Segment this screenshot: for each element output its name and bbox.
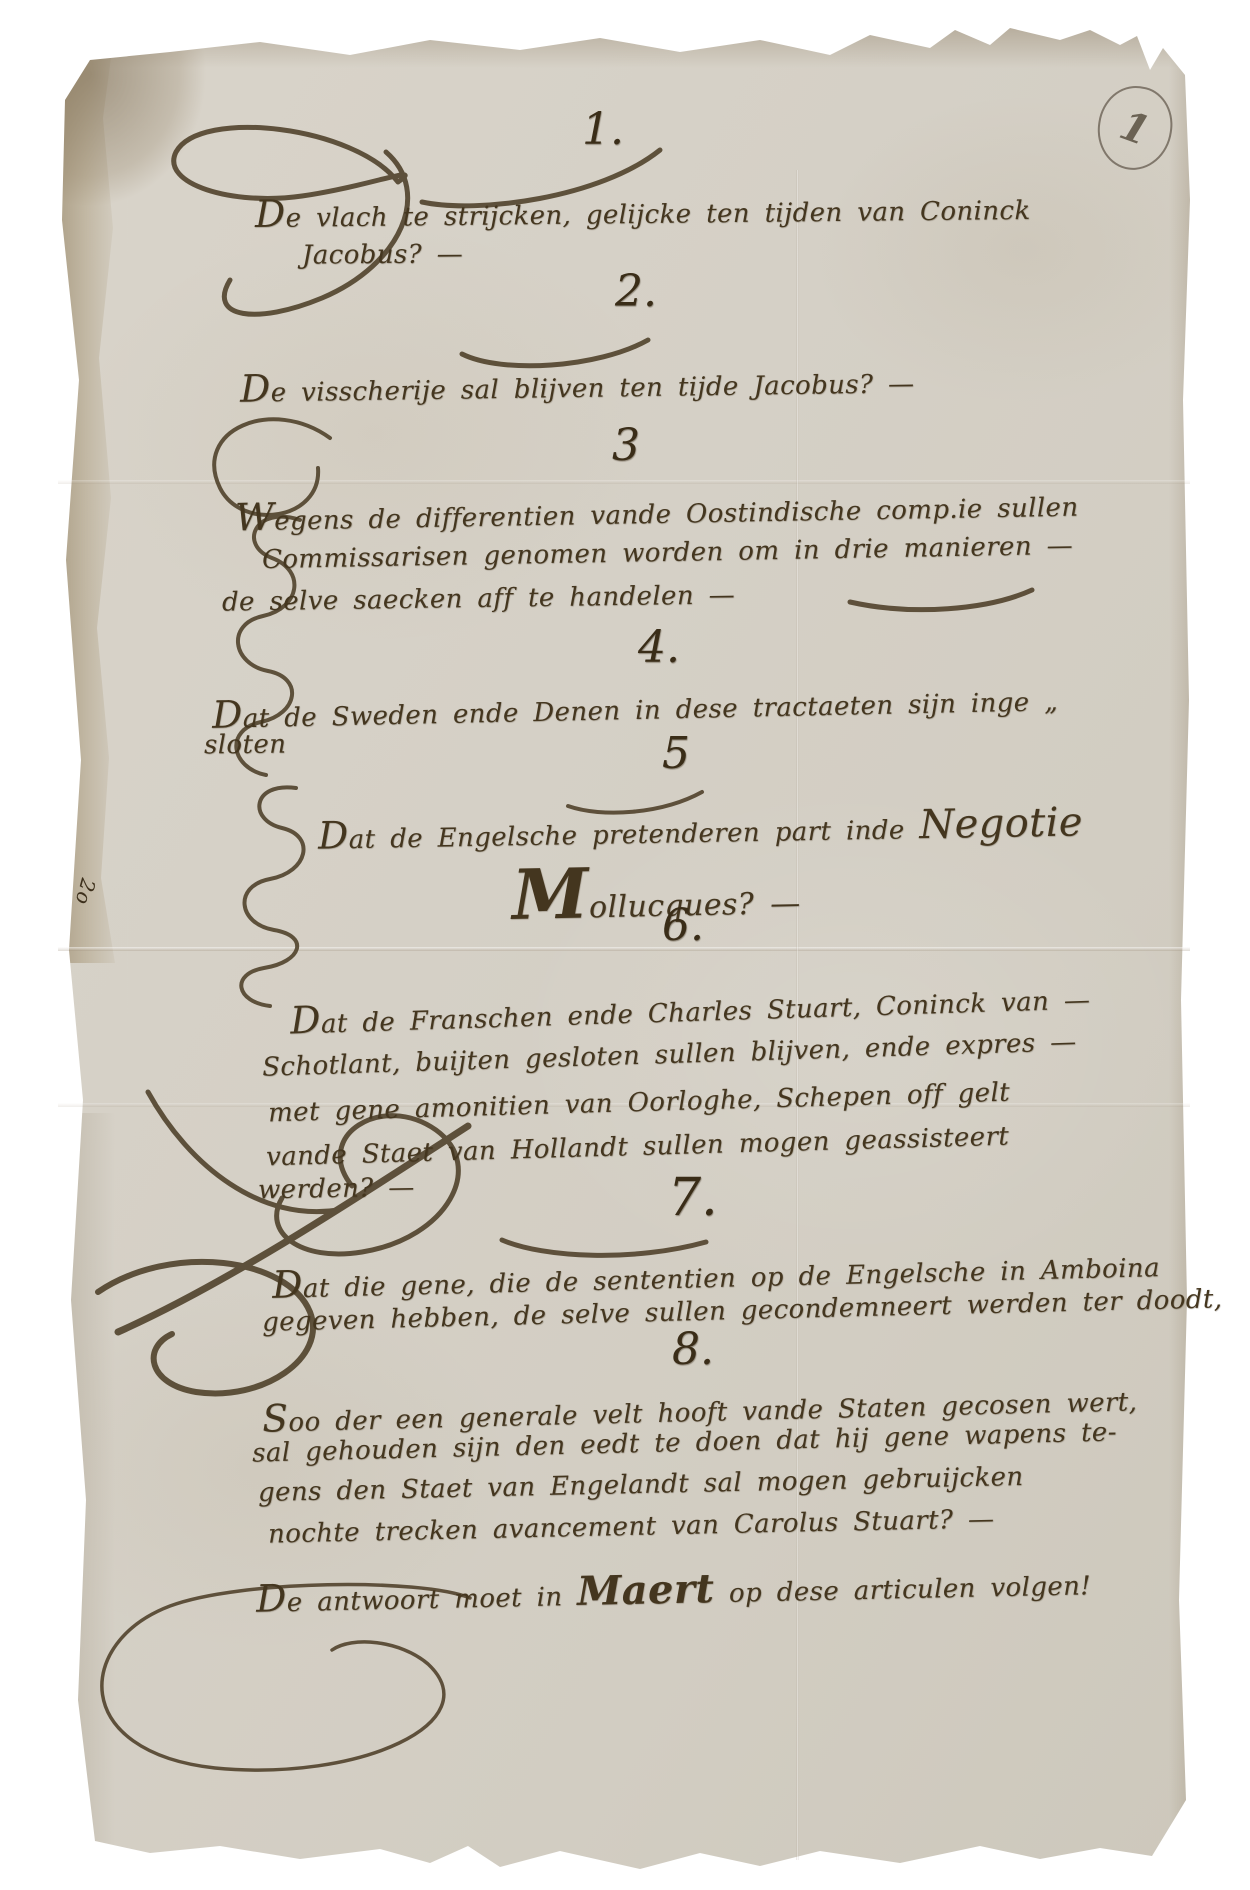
article-8-line-4: nochte trecken avancement van Carolus St… [268, 1504, 995, 1549]
manuscript-text: 1. De vlach te strijcken, gelijcke ten t… [0, 0, 1250, 1890]
manuscript-photo: 1. De vlach te strijcken, gelijcke ten t… [0, 0, 1250, 1890]
article-8-line-3: gens den Staet van Engelandt sal mogen g… [258, 1462, 1024, 1508]
article-5-line-1: Dat de Engelsche pretenderen part inde N… [318, 799, 1084, 858]
article-3-number: 3 [612, 420, 640, 471]
article-6-line-5: werden? — [258, 1173, 415, 1206]
article-5-accent-word: Negotie [919, 799, 1083, 848]
article-3-line-1: Wegens de differentien vande Oostindisch… [235, 481, 1079, 540]
left-edge-margin-mark: 2o [70, 876, 100, 908]
article-1-line-1: De vlach te strijcken, gelijcke ten tijd… [255, 184, 1031, 236]
article-4-number: 4. [638, 622, 680, 673]
closing-line: De antwoort moet in Maert op dese articu… [256, 1557, 1092, 1621]
article-4-line-1: Dat de Sweden ende Denen in dese tractae… [212, 675, 1059, 737]
closing-post: op dese articulen volgen! [729, 1571, 1092, 1609]
closing-pre: De antwoort moet in [256, 1582, 563, 1618]
article-6-line-3: met gene amonitien van Oorloghe, Schepen… [268, 1078, 1011, 1129]
article-2-number: 2. [615, 266, 657, 317]
article-1-line-2: Jacobus? — [302, 239, 463, 270]
article-4-line-2: sloten [204, 730, 287, 761]
article-7-number: 7. [668, 1168, 718, 1228]
closing-accent-word: Maert [577, 1565, 715, 1615]
article-3-line-3: de selve saecken aff te handelen — [222, 580, 735, 617]
page-number-circle: 1 [1093, 81, 1178, 174]
article-6-number: 6. [662, 900, 704, 951]
article-5-line-2: Mollucques? — [511, 849, 801, 936]
article-5-line-1-text: Dat de Engelsche pretenderen part inde [318, 815, 905, 855]
article-3-line-2: Commissarisen genomen worden om in drie … [262, 531, 1073, 575]
article-2-line-1: De visscherije sal blijven ten tijde Jac… [240, 357, 915, 410]
article-8-number: 8. [672, 1324, 714, 1375]
article-6-line-4: vande Staet van Hollandt sullen mogen ge… [266, 1122, 1010, 1173]
page-number: 1 [1114, 101, 1156, 155]
article-5-number: 5 [662, 728, 690, 779]
article-1-number: 1. [582, 104, 624, 155]
